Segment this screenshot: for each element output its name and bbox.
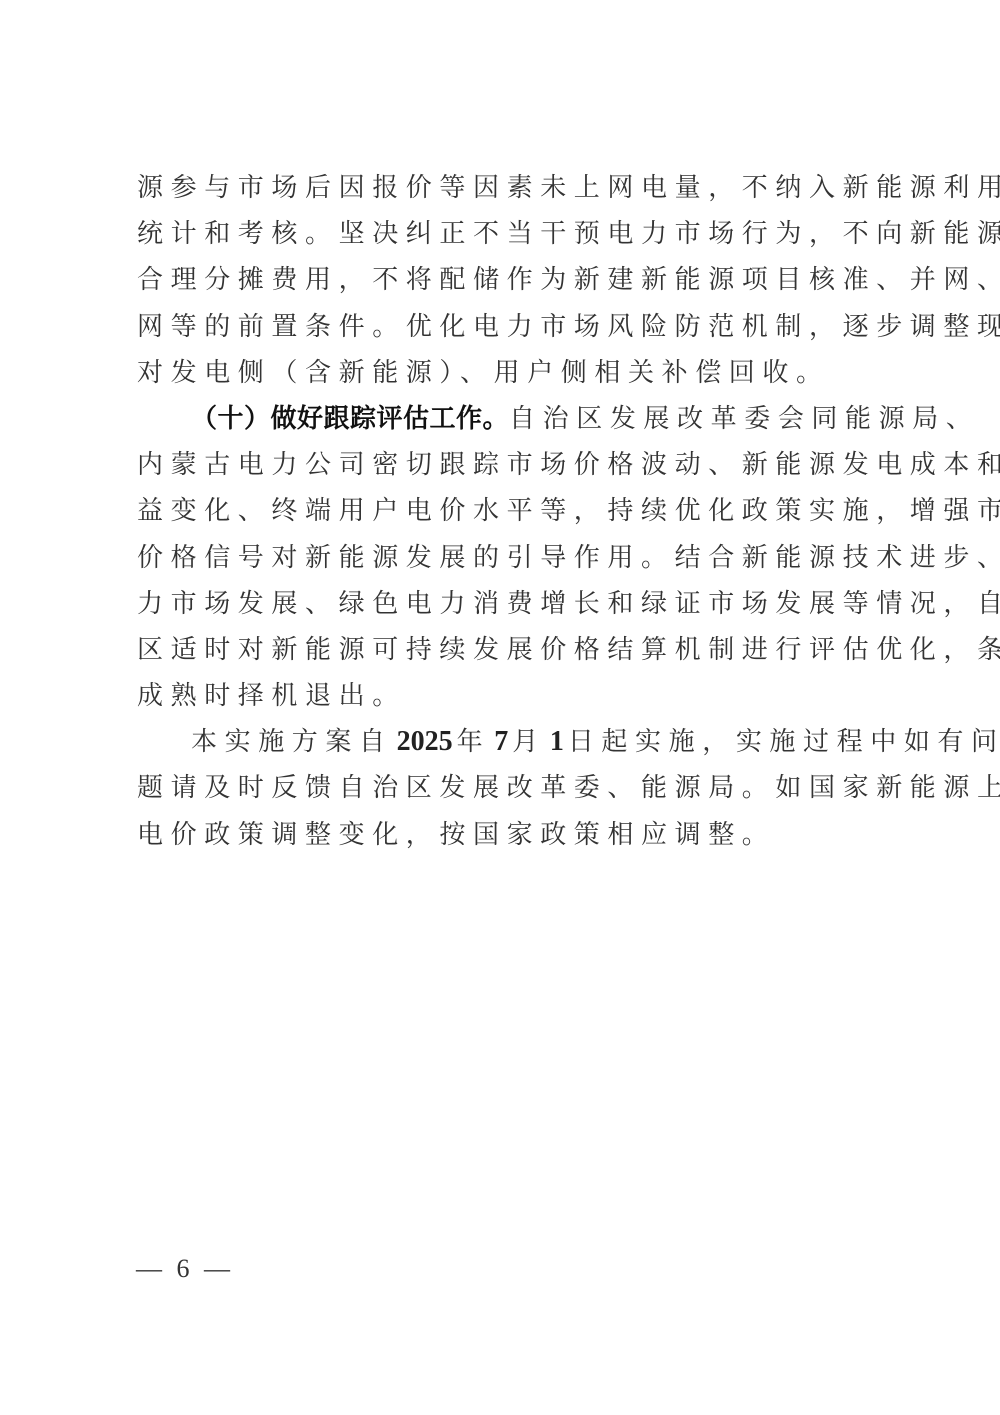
text-line: 益变化、终端用户电价水平等，持续优化政策实施，增强市场 — [137, 488, 877, 534]
document-page: 源参与市场后因报价等因素未上网电量，不纳入新能源利用率 统计和考核。坚决纠正不当… — [0, 0, 1000, 1415]
text-line: 对发电侧（含新能源）、用户侧相关补偿回收。 — [137, 350, 877, 396]
text-line: 题请及时反馈自治区发展改革委、能源局。如国家新能源上网 — [137, 765, 877, 811]
text-line: 电价政策调整变化，按国家政策相应调整。 — [137, 812, 877, 858]
text-span: 本实施方案自 — [191, 727, 393, 757]
text-line: 统计和考核。坚决纠正不当干预电力市场行为，不向新能源不 — [137, 211, 877, 257]
day-number: 1 — [546, 726, 568, 757]
body-text: 源参与市场后因报价等因素未上网电量，不纳入新能源利用率 统计和考核。坚决纠正不当… — [137, 165, 877, 858]
text-line: 成熟时择机退出。 — [137, 673, 877, 719]
text-line: 内蒙古电力公司密切跟踪市场价格波动、新能源发电成本和收 — [137, 442, 877, 488]
closing-first-line: 本实施方案自2025年7月1日起实施，实施过程中如有问 — [137, 719, 877, 765]
month-number: 7 — [490, 726, 512, 757]
text-line: 区适时对新能源可持续发展价格结算机制进行评估优化，条件 — [137, 627, 877, 673]
text-line: 网等的前置条件。优化电力市场风险防范机制，逐步调整现行 — [137, 304, 877, 350]
page-number: — 6 — — [136, 1254, 234, 1284]
text-line: 力市场发展、绿色电力消费增长和绿证市场发展等情况，自治 — [137, 581, 877, 627]
text-span: 月 — [512, 727, 546, 757]
section-heading: （十）做好跟踪评估工作。 — [191, 404, 509, 434]
text-span: 日起实施，实施过程中如有问 — [568, 727, 1000, 757]
text-span: 自治区发展改革委会同能源局、 — [509, 404, 979, 434]
text-line: 合理分摊费用，不将配储作为新建新能源项目核准、并网、上 — [137, 257, 877, 303]
year-number: 2025 — [393, 726, 457, 757]
text-span: 年 — [457, 727, 491, 757]
text-line: 价格信号对新能源发展的引导作用。结合新能源技术进步、电 — [137, 535, 877, 581]
section-ten-first-line: （十）做好跟踪评估工作。自治区发展改革委会同能源局、 — [137, 396, 877, 442]
text-line: 源参与市场后因报价等因素未上网电量，不纳入新能源利用率 — [137, 165, 877, 211]
